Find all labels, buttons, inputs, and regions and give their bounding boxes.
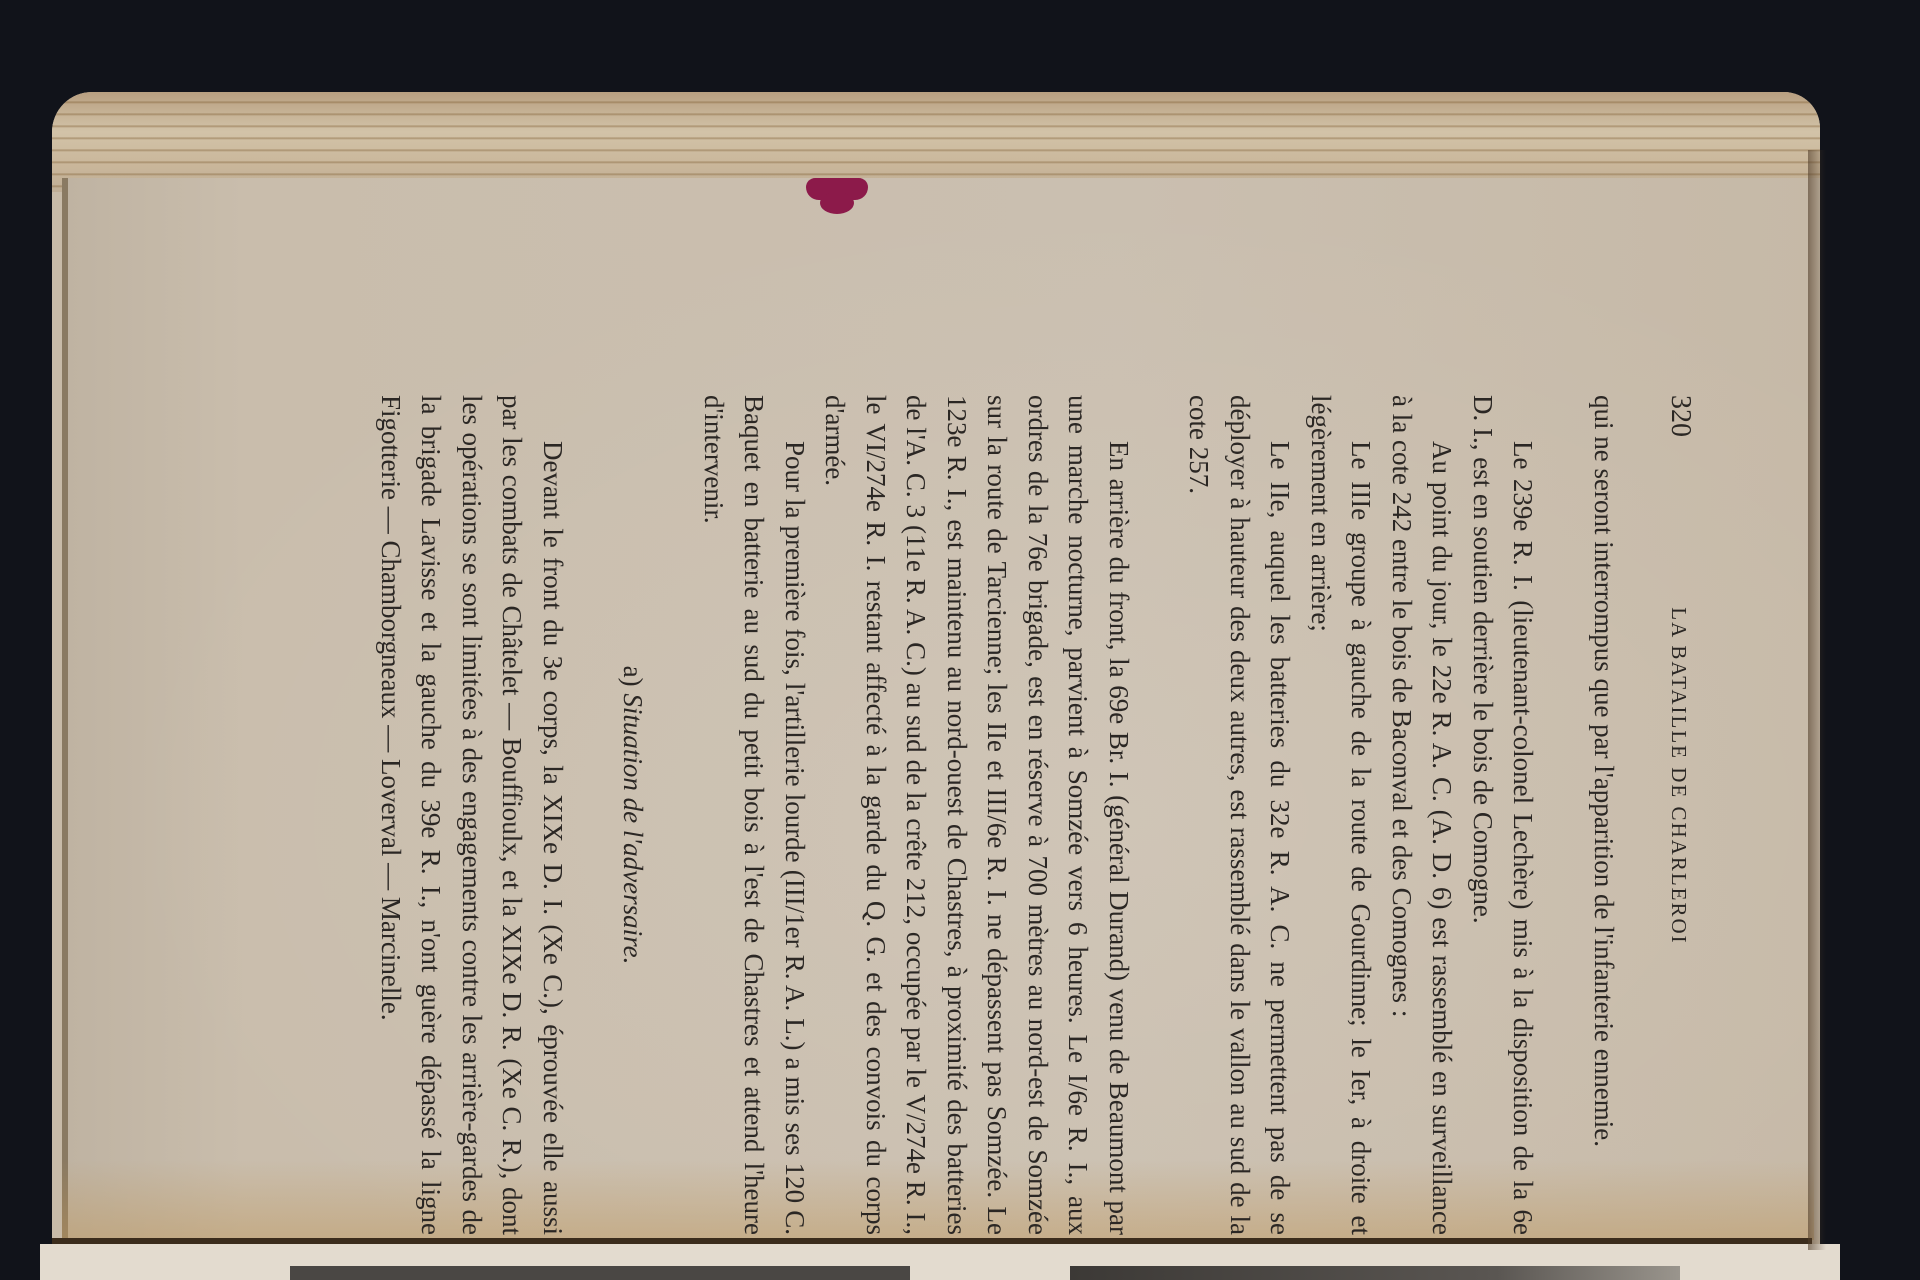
paragraph: Pour la première fois, l'artillerie lour… xyxy=(694,395,816,1235)
section-title: Situation de l'adversaire. xyxy=(619,693,649,964)
next-page-photo-right xyxy=(1070,1266,1680,1280)
paragraph: Le IIIe groupe à gauche de la route de G… xyxy=(1301,395,1382,1235)
paragraph: En arrière du front, la 69e Br. I. (géné… xyxy=(815,395,1139,1235)
page-edges xyxy=(52,92,1820,192)
page-shadow xyxy=(1808,150,1826,1250)
running-title: LA BATAILLE DE CHARLEROI xyxy=(1659,437,1700,1055)
section-label: a) xyxy=(619,666,649,687)
paragraph: Devant le front du 3e corps, la XIXe D. … xyxy=(371,395,574,1235)
page-text-block: 320 LA BATAILLE DE CHARLEROI qui ne sero… xyxy=(280,395,1700,1235)
wax-mark-drop xyxy=(820,192,854,214)
paragraph: Au point du jour, le 22e R. A. C. (A. D.… xyxy=(1382,395,1463,1235)
running-head: 320 LA BATAILLE DE CHARLEROI xyxy=(1654,395,1700,1235)
section-heading: a) Situation de l'adversaire. xyxy=(613,395,654,1235)
page-number: 320 xyxy=(1660,395,1701,437)
paragraph: qui ne seront interrompus que par l'appa… xyxy=(1584,395,1625,1235)
paragraph: Le 239e R. I. (lieutenant-colonel Lechèr… xyxy=(1463,395,1544,1235)
next-page-photo-left xyxy=(290,1266,910,1280)
paragraph: Le IIe, auquel les batteries du 32e R. A… xyxy=(1179,395,1301,1235)
